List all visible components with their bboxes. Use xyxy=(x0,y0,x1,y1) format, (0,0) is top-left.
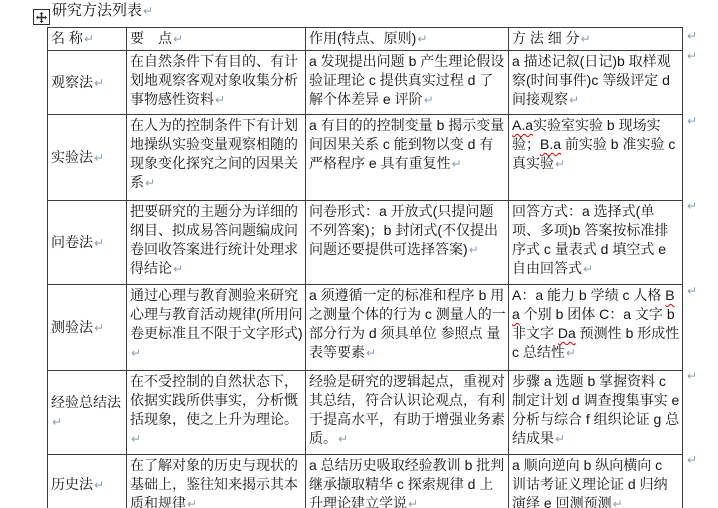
cell-function[interactable]: 经验是研究的逻辑起点，重视对其总结，符合认识论观点，有利于提高水平，有助于增强业… xyxy=(306,371,509,455)
header-label: 名 称 xyxy=(51,30,83,46)
table-row: 经验总结法↵在不受控制的自然状态下，依据实践所供事实，分析慨括现象，使之上升为理… xyxy=(48,371,683,455)
cell-end-mark: ↵ xyxy=(451,157,462,171)
cell-text: 步骤 a 选题 b 掌握资料 c 制定计划 d 调查搜集事实 e 分析与综合 f… xyxy=(512,373,679,446)
method-name-label: 测验法 xyxy=(51,319,93,335)
cell-end-mark: ↵ xyxy=(186,497,197,508)
cell-end-mark: ↵ xyxy=(93,321,104,335)
cell-text: 把要研究的主题分为详细的纲目、拟成易答问题编成问卷回收答案进行统计处理求得结论 xyxy=(130,203,298,276)
cell-text: 在不受控制的自然状态下，依据实践所供事实，分析慨括现象，使之上升为理论。 xyxy=(130,373,298,427)
row-end-mark: ↵ xyxy=(686,29,697,43)
cell-end-mark: ↵ xyxy=(93,236,104,250)
cell-end-mark: ↵ xyxy=(172,32,183,46)
cell-subdivision[interactable]: A.a实验室实验 b 现场实验；B.a 前实验 b 准实验 c 真实验↵ xyxy=(509,115,683,201)
cell-key-points[interactable]: 把要研究的主题分为详细的纲目、拟成易答问题编成问卷回收答案进行统计处理求得结论↵ xyxy=(127,201,306,285)
table-body: 观察法↵在自然条件下有目的、有计划地观察客观对象收集分析事物感性资料↵a 发现提… xyxy=(48,51,683,508)
cell-subdivision[interactable]: 回答方式：a 选择式(单项、多项)b 答案按标准排序式 c 量表式 d 填空式 … xyxy=(509,201,683,285)
cell-subdivision[interactable]: 步骤 a 选题 b 掌握资料 c 制定计划 d 调查搜集事实 e 分析与综合 f… xyxy=(509,371,683,455)
cell-subdivision[interactable]: a 顺向逆向 b 纵向横向 c 训诂考证义理论证 d 归纳演绎 e 回测预测↵ xyxy=(509,455,683,508)
method-name-label: 问卷法 xyxy=(51,234,93,250)
cell-text: a 须遵循一定的标准和程序 b 用之测量个体的行为 c 测量人的一部分行为 d … xyxy=(309,287,506,360)
cell-text: a 发现提出问题 b 产生理论假设验证理论 c 提供真实过程 d 了解个体差异 … xyxy=(309,53,504,107)
row-end-mark: ↵ xyxy=(686,114,697,128)
cell-method-name[interactable]: 观察法↵ xyxy=(48,51,127,115)
cell-end-mark: ↵ xyxy=(554,432,565,446)
document-title-line[interactable]: 研究方法列表↵ xyxy=(52,2,153,20)
cell-key-points[interactable]: 通过心理与教育测验来研究心理与教育活动规律(所用问卷更标准且不限于文字形式)↵ xyxy=(127,285,306,371)
paragraph-mark: ↵ xyxy=(142,4,153,18)
table-move-handle[interactable] xyxy=(33,9,50,25)
header-cell-0[interactable]: 名 称↵ xyxy=(48,28,127,51)
header-label: 作用(特点、原则) xyxy=(309,30,416,46)
cell-key-points[interactable]: 在自然条件下有目的、有计划地观察客观对象收集分析事物感性资料↵ xyxy=(127,51,306,115)
method-name-label: 实验法 xyxy=(51,149,93,165)
cell-function[interactable]: a 总结历史吸取经验教训 b 批判继承撷取精华 c 探索规律 d 上升理论建立学… xyxy=(306,455,509,508)
cell-end-mark: ↵ xyxy=(365,346,376,360)
cell-function[interactable]: a 须遵循一定的标准和程序 b 用之测量个体的行为 c 测量人的一部分行为 d … xyxy=(306,285,509,371)
cell-end-mark: ↵ xyxy=(51,415,62,429)
row-end-mark: ↵ xyxy=(686,284,697,298)
method-name-label: 观察法 xyxy=(51,74,93,90)
cell-subdivision[interactable]: A：a 能力 b 学绩 c 人格 Ba 个别 b 团体 C：a 文字 b 非文字… xyxy=(509,285,683,371)
cell-end-mark: ↵ xyxy=(423,93,434,107)
cell-end-mark: ↵ xyxy=(172,262,183,276)
cell-end-mark: ↵ xyxy=(83,32,94,46)
cell-end-mark: ↵ xyxy=(582,262,593,276)
method-name-label: 经验总结法 xyxy=(51,394,121,410)
cell-end-mark: ↵ xyxy=(565,346,576,360)
cell-end-mark: ↵ xyxy=(93,478,104,492)
cell-method-name[interactable]: 实验法↵ xyxy=(48,115,127,201)
header-label: 方 法 细 分 xyxy=(512,30,580,46)
table-row: 实验法↵在人为的控制条件下有计划地操纵实验变量观察相随的现象变化探究之间的因果关… xyxy=(48,115,683,201)
cell-end-mark: ↵ xyxy=(407,497,418,508)
cell-end-mark: ↵ xyxy=(130,346,141,360)
cell-subdivision[interactable]: a 描述记叙(日记)b 取样观察(时间事件)c 等级评定 d间接观察↵ xyxy=(509,51,683,115)
cell-end-mark: ↵ xyxy=(144,176,155,190)
cell-method-name[interactable]: 测验法↵ xyxy=(48,285,127,371)
cell-end-mark: ↵ xyxy=(130,432,141,446)
cell-key-points[interactable]: 在人为的控制条件下有计划地操纵实验变量观察相随的现象变化探究之间的因果关系↵ xyxy=(127,115,306,201)
row-end-mark: ↵ xyxy=(686,199,697,213)
cell-key-points[interactable]: 在不受控制的自然状态下，依据实践所供事实，分析慨括现象，使之上升为理论。↵ xyxy=(127,371,306,455)
cell-text: a 有目的的控制变量 b 揭示变量间因果关系 c 能到物以变 d 有严格程序 e… xyxy=(309,117,504,171)
cell-text: 在了解对象的历史与现状的基础上，鉴往知来揭示其本质和规律 xyxy=(130,457,298,508)
table-row: 观察法↵在自然条件下有目的、有计划地观察客观对象收集分析事物感性资料↵a 发现提… xyxy=(48,51,683,115)
cell-end-mark: ↵ xyxy=(612,497,623,508)
document-page: { "title": "研究方法列表", "marks": { "cell_en… xyxy=(0,0,718,508)
cell-method-name[interactable]: 经验总结法↵ xyxy=(48,371,127,455)
cell-text: a 顺向逆向 b 纵向横向 c 训诂考证义理论证 d 归纳演绎 e 回测预测 xyxy=(512,457,668,508)
cell-end-mark: ↵ xyxy=(554,157,565,171)
research-methods-table: 名 称↵要 点↵作用(特点、原则)↵方 法 细 分↵ 观察法↵在自然条件下有目的… xyxy=(47,27,683,508)
row-end-mark: ↵ xyxy=(686,49,697,63)
header-label: 要 点 xyxy=(130,30,172,46)
header-row: 名 称↵要 点↵作用(特点、原则)↵方 法 细 分↵ xyxy=(48,28,683,51)
cell-text: 在人为的控制条件下有计划地操纵实验变量观察相随的现象变化探究之间的因果关系 xyxy=(130,117,298,190)
page-title: 研究方法列表 xyxy=(52,2,142,19)
cell-function[interactable]: a 有目的的控制变量 b 揭示变量间因果关系 c 能到物以变 d 有严格程序 e… xyxy=(306,115,509,201)
cell-end-mark: ↵ xyxy=(93,76,104,90)
misspelled-text: Da xyxy=(558,325,576,341)
cell-end-mark: ↵ xyxy=(580,32,591,46)
cell-end-mark: ↵ xyxy=(568,93,579,107)
row-end-mark: ↵ xyxy=(686,369,697,383)
cell-key-points[interactable]: 在了解对象的历史与现状的基础上，鉴往知来揭示其本质和规律↵ xyxy=(127,455,306,508)
misspelled-text: A.a xyxy=(512,117,533,133)
cell-end-mark: ↵ xyxy=(93,151,104,165)
cell-method-name[interactable]: 问卷法↵ xyxy=(48,201,127,285)
cell-text: 通过心理与教育测验来研究心理与教育活动规律(所用问卷更标准且不限于文字形式) xyxy=(130,287,303,341)
table-row: 历史法↵在了解对象的历史与现状的基础上，鉴往知来揭示其本质和规律↵a 总结历史吸… xyxy=(48,455,683,508)
cell-text: A：a 能力 b 学绩 c 人格 xyxy=(512,287,665,303)
move-arrows-icon xyxy=(36,12,47,23)
header-cell-1[interactable]: 要 点↵ xyxy=(127,28,306,51)
cell-function[interactable]: 问卷形式：a 开放式(只提问题不列答案)；b 封闭式(不仅提出问题还要提供可选择… xyxy=(306,201,509,285)
misspelled-text: B.a xyxy=(540,136,561,152)
cell-method-name[interactable]: 历史法↵ xyxy=(48,455,127,508)
cell-text: a 描述记叙(日记)b 取样观察(时间事件)c 等级评定 d间接观察 xyxy=(512,53,671,107)
table-row: 测验法↵通过心理与教育测验来研究心理与教育活动规律(所用问卷更标准且不限于文字形… xyxy=(48,285,683,371)
cell-end-mark: ↵ xyxy=(214,93,225,107)
header-cell-2[interactable]: 作用(特点、原则)↵ xyxy=(306,28,509,51)
row-end-mark: ↵ xyxy=(686,453,697,467)
table-row: 问卷法↵把要研究的主题分为详细的纲目、拟成易答问题编成问卷回收答案进行统计处理求… xyxy=(48,201,683,285)
header-cell-3[interactable]: 方 法 细 分↵ xyxy=(509,28,683,51)
cell-end-mark: ↵ xyxy=(337,432,348,446)
cell-function[interactable]: a 发现提出问题 b 产生理论假设验证理论 c 提供真实过程 d 了解个体差异 … xyxy=(306,51,509,115)
cell-end-mark: ↵ xyxy=(468,243,479,257)
method-name-label: 历史法 xyxy=(51,476,93,492)
cell-end-mark: ↵ xyxy=(416,32,427,46)
